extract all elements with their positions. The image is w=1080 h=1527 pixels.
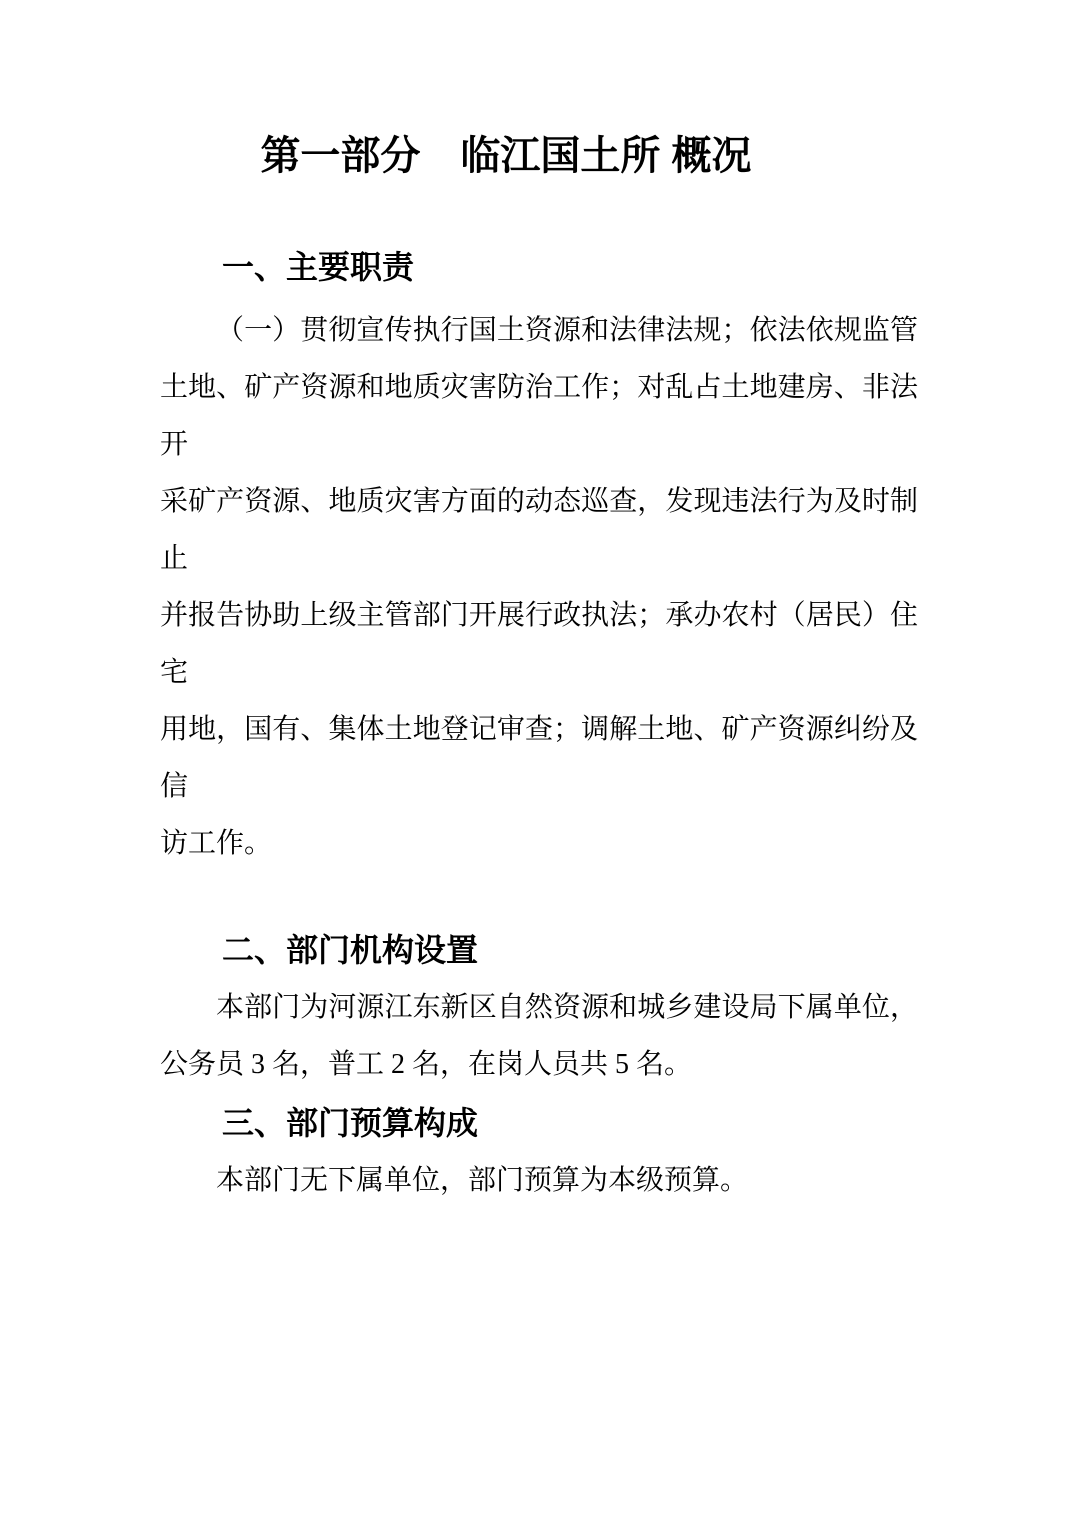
text-line: 本部门为河源江东新区自然资源和城乡建设局下属单位， [160, 979, 918, 1036]
text-line: （一）贯彻宣传执行国土资源和法律法规；依法依规监管 [160, 302, 918, 359]
section-heading-main-duties: 一、主要职责 [222, 247, 918, 287]
text-line: 本部门无下属单位，部门预算为本级预算。 [160, 1152, 918, 1209]
text-line: 用地，国有、集体土地登记审查；调解土地、矿产资源纠纷及信 [160, 701, 918, 815]
section-heading-org-structure: 二、部门机构设置 [222, 930, 918, 970]
section-org-structure: 二、部门机构设置 本部门为河源江东新区自然资源和城乡建设局下属单位， 公务员 3… [160, 930, 918, 1093]
text-line: 并报告协助上级主管部门开展行政执法；承办农村（居民）住宅 [160, 587, 918, 701]
paragraph-main-duties: （一）贯彻宣传执行国土资源和法律法规；依法依规监管 土地、矿产资源和地质灾害防治… [160, 302, 918, 872]
section-main-duties: 一、主要职责 （一）贯彻宣传执行国土资源和法律法规；依法依规监管 土地、矿产资源… [160, 247, 918, 872]
text-line: 公务员 3 名，普工 2 名，在岗人员共 5 名。 [160, 1036, 918, 1093]
paragraph-budget-composition: 本部门无下属单位，部门预算为本级预算。 [160, 1152, 918, 1209]
text-line: 访工作。 [160, 815, 918, 872]
text-line: 采矿产资源、地质灾害方面的动态巡查，发现违法行为及时制止 [160, 473, 918, 587]
document-content: 一、主要职责 （一）贯彻宣传执行国土资源和法律法规；依法依规监管 土地、矿产资源… [0, 247, 1080, 1209]
section-heading-budget-composition: 三、部门预算构成 [222, 1103, 918, 1143]
document-title: 第一部分 临江国土所 概况 [0, 130, 1046, 182]
text-line: 土地、矿产资源和地质灾害防治工作；对乱占土地建房、非法开 [160, 359, 918, 473]
section-budget-composition: 三、部门预算构成 本部门无下属单位，部门预算为本级预算。 [160, 1103, 918, 1209]
paragraph-org-structure: 本部门为河源江东新区自然资源和城乡建设局下属单位， 公务员 3 名，普工 2 名… [160, 979, 918, 1093]
document-page: 第一部分 临江国土所 概况 一、主要职责 （一）贯彻宣传执行国土资源和法律法规；… [0, 0, 1080, 1527]
